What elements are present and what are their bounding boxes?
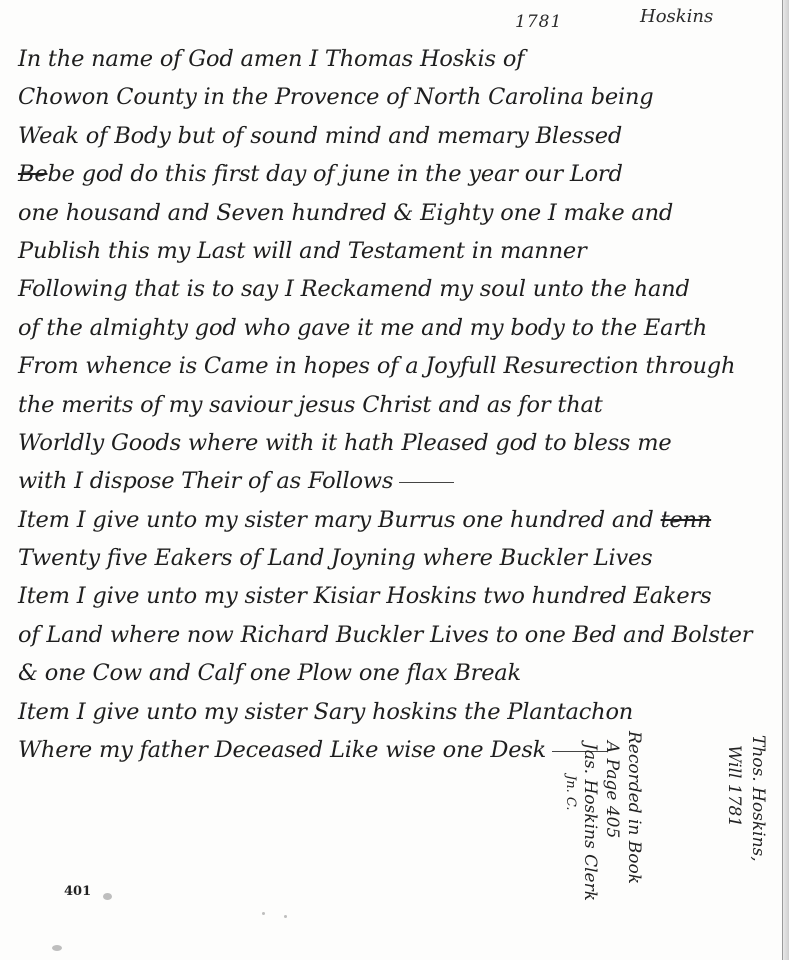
scan-speck	[262, 912, 265, 915]
text-line: one housand and Seven hundred & Eighty o…	[18, 194, 783, 232]
document-page: 1781 Hoskins In the name of God amen I T…	[0, 0, 789, 960]
text-line: Following that is to say I Reckamend my …	[18, 270, 783, 308]
text-line: the merits of my saviour jesus Christ an…	[18, 386, 783, 424]
text-line: Chowon County in the Provence of North C…	[18, 78, 783, 116]
text-line: Twenty five Eakers of Land Joyning where…	[18, 539, 783, 577]
text-line: Weak of Body but of sound mind and memar…	[18, 117, 783, 155]
text-line-content: Item I give unto my sister mary Burrus o…	[18, 507, 654, 533]
will-text: In the name of God amen I Thomas Hoskis …	[18, 40, 783, 769]
text-line: In the name of God amen I Thomas Hoskis …	[18, 40, 783, 78]
page-number: 401	[64, 884, 91, 899]
text-line: Item I give unto my sister Kisiar Hoskin…	[18, 577, 783, 615]
scan-speck	[52, 945, 62, 951]
scan-speck	[103, 893, 112, 900]
text-line: of the almighty god who gave it me and m…	[18, 309, 783, 347]
docket-line: Jas. Hoskins Clerk	[580, 743, 600, 901]
text-line: & one Cow and Calf one Plow one flax Bre…	[18, 654, 783, 692]
docket-line: Recorded in Book	[624, 731, 644, 884]
text-line-with-strike: Item I give unto my sister mary Burrus o…	[18, 501, 783, 539]
text-line-content: be god do this first day of june in the …	[47, 161, 622, 187]
text-line: Publish this my Last will and Testament …	[18, 232, 783, 270]
text-line-with-strike: Bebe god do this first day of june in th…	[18, 155, 783, 193]
text-line: with I dispose Their of as Follows	[18, 462, 783, 500]
header-year: 1781	[515, 12, 562, 32]
struck-word: tenn	[661, 507, 712, 533]
text-line: Item I give unto my sister Sary hoskins …	[18, 693, 783, 731]
page-edge	[782, 0, 789, 960]
text-line: From whence is Came in hopes of a Joyful…	[18, 347, 783, 385]
text-line: Worldly Goods where with it hath Pleased…	[18, 424, 783, 462]
struck-word: Be	[18, 161, 47, 187]
docket-line: Thos. Hoskins,	[748, 735, 768, 862]
header-surname: Hoskins	[640, 6, 713, 27]
docket-line: Will 1781	[724, 745, 744, 827]
docket-line: A Page 405	[602, 741, 622, 838]
text-line: of Land where now Richard Buckler Lives …	[18, 616, 783, 654]
scan-speck	[284, 915, 287, 918]
docket-line: Jn. C.	[560, 775, 580, 810]
docket-notes: Thos. Hoskins, Will 1781 Recorded in Boo…	[520, 735, 780, 945]
